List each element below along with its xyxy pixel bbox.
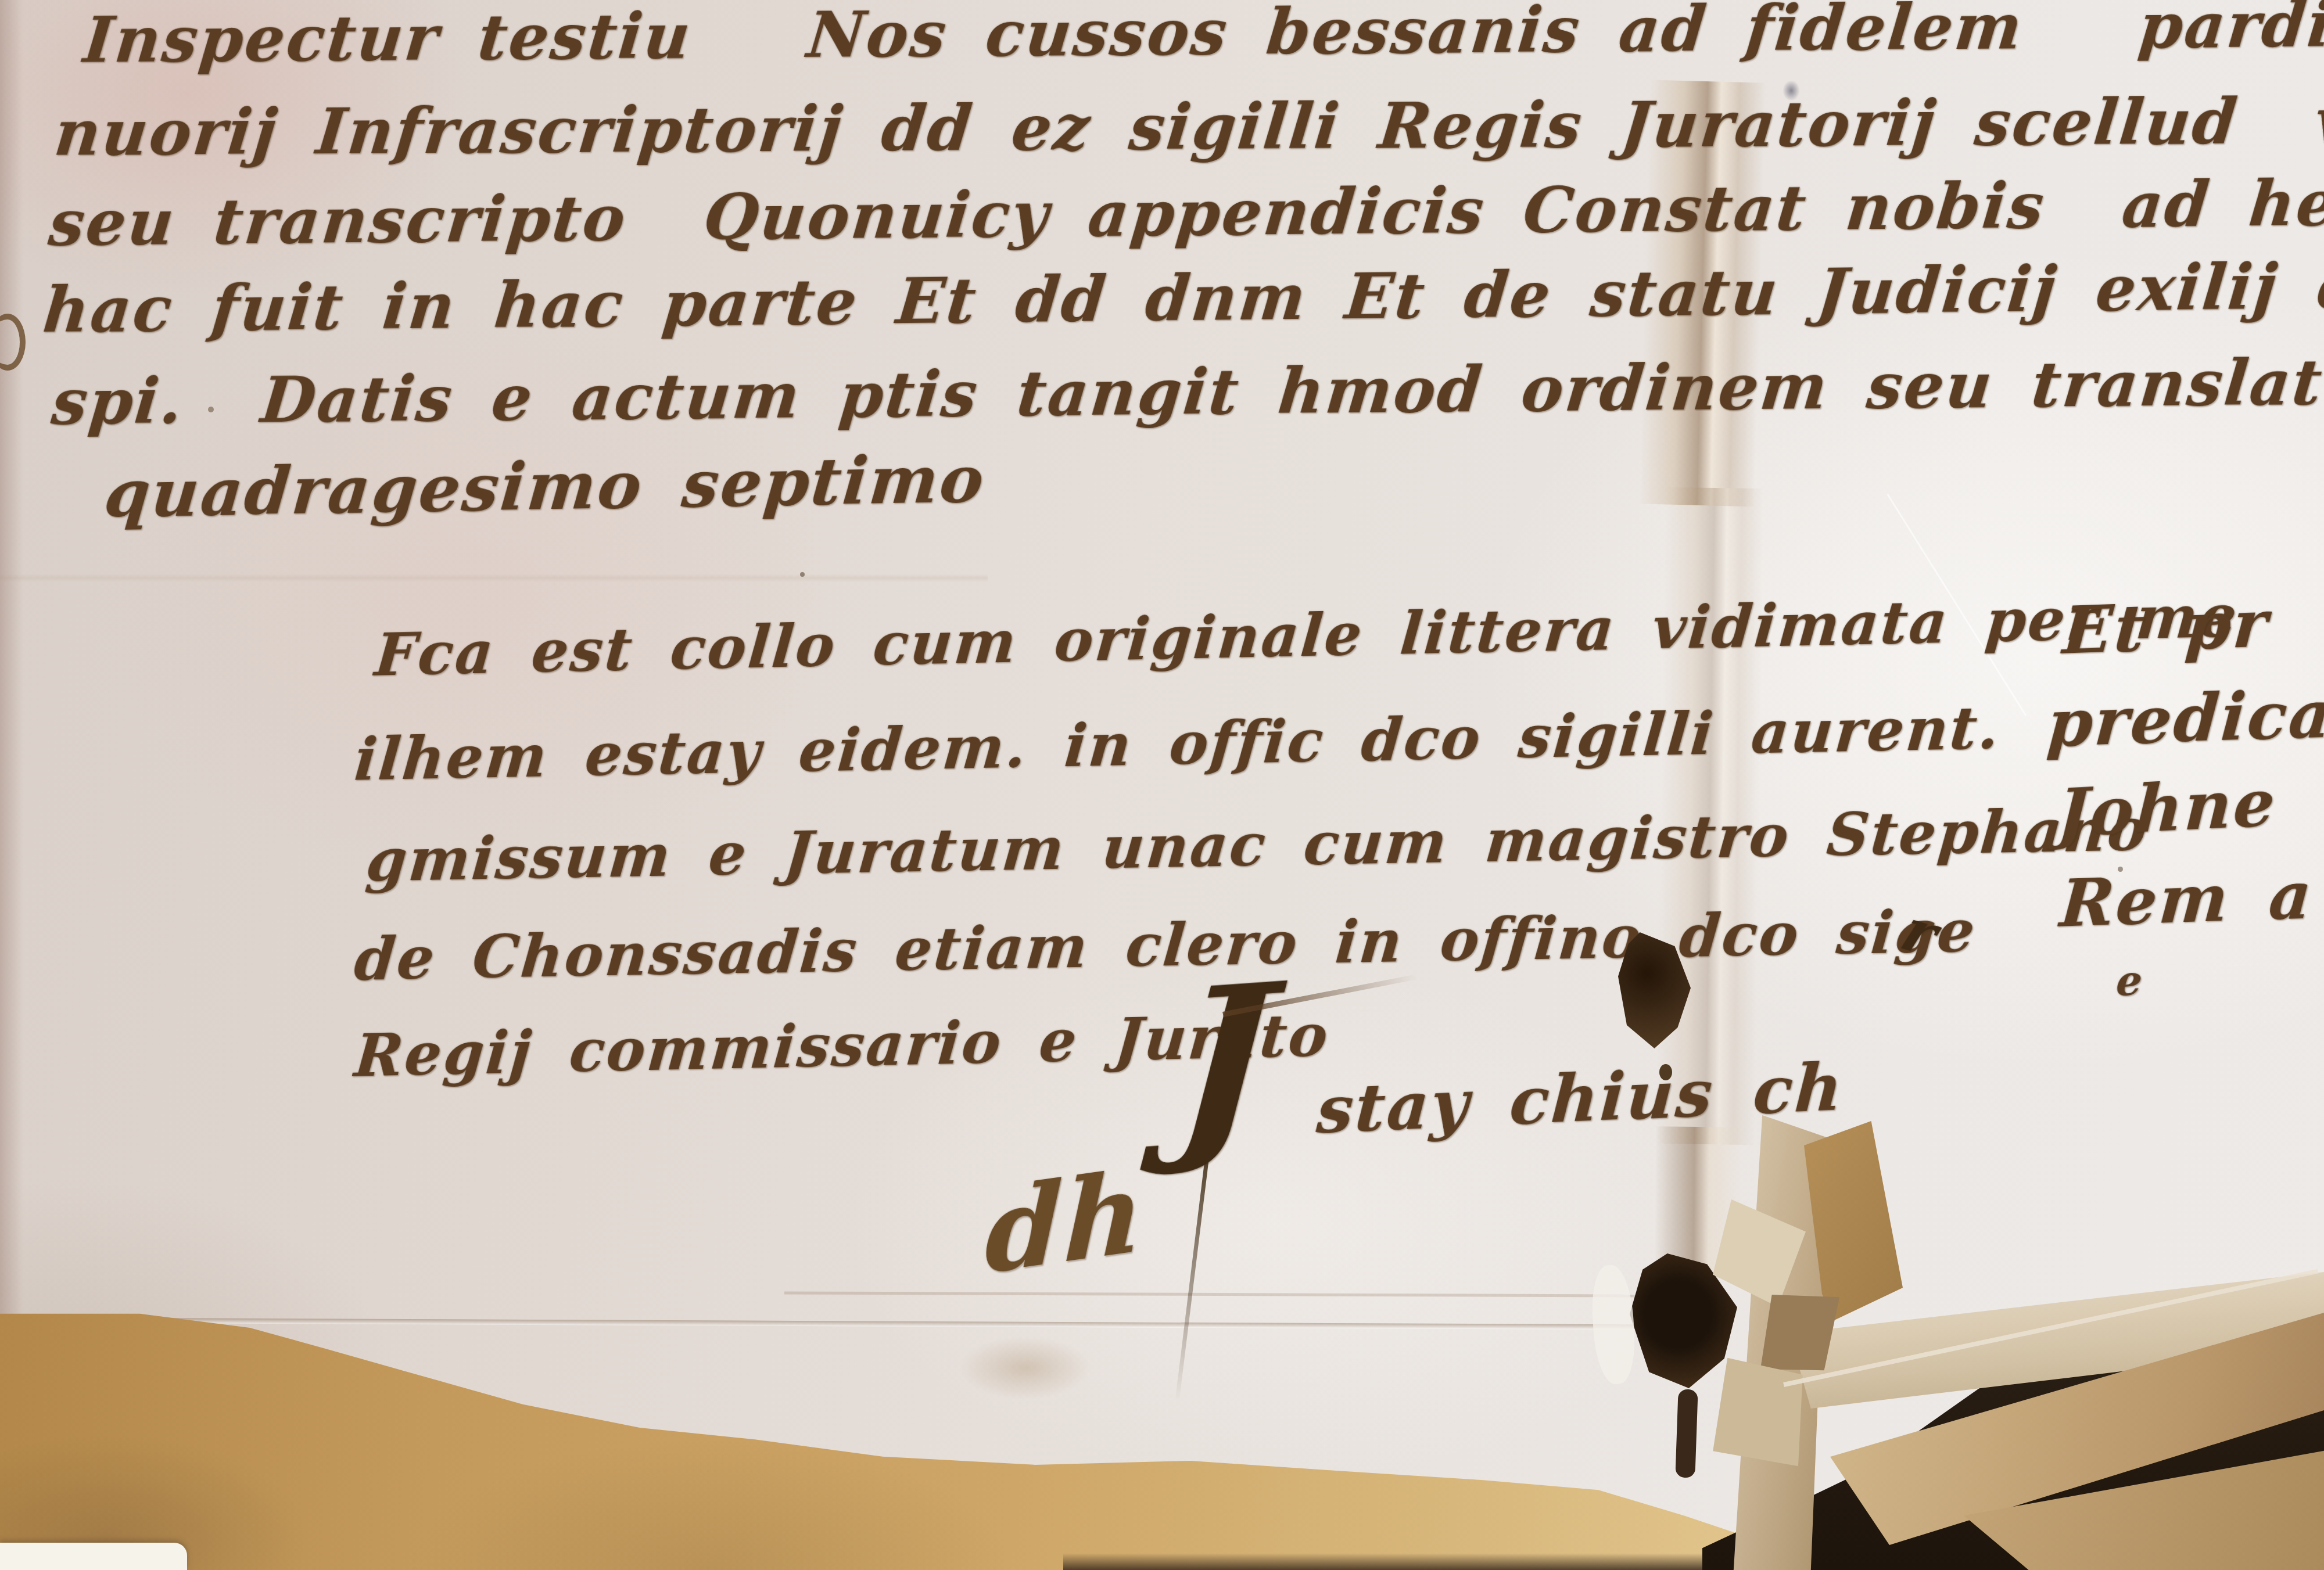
- signature-initial-descender: [1175, 1153, 1210, 1402]
- text-line-2: nuorij Infrascriptorij dd ez sigilli Reg…: [52, 87, 2324, 164]
- signature-paraph: dh: [984, 1155, 1147, 1289]
- table-sliver: [0, 1543, 187, 1570]
- backing-dark-bottom-strip: [1063, 1553, 1720, 1570]
- left-edge-shadow: [0, 0, 23, 1545]
- ink-speck-2: [800, 572, 805, 577]
- text-line-1: Inspectur testiu Nos cussos bessanis ad …: [81, 0, 2324, 71]
- attestation-line-1: Fca est collo cum originale littera vidi…: [373, 587, 2241, 684]
- text-line-4: hac fuit in hac parte Et dd dnm Et de st…: [41, 250, 2324, 342]
- tear-highlight-crumple: [1589, 1264, 1638, 1385]
- horizontal-crease-faint: [0, 574, 988, 582]
- right-column-line-1: Et pr: [2061, 591, 2271, 664]
- tan-smudge-stain: [959, 1336, 1092, 1400]
- tear-slit: [1675, 1389, 1698, 1478]
- plica-fold-line-upper: [784, 1291, 1644, 1297]
- ink-blot-drip: [1659, 1064, 1672, 1080]
- right-column-line-3: Johne: [2056, 770, 2278, 846]
- right-column-small-e: e: [2115, 960, 2145, 1002]
- right-column-line-4: Rem a: [2058, 863, 2315, 937]
- straps-area: [1702, 1133, 2324, 1570]
- signature-initial: J: [1171, 958, 1280, 1163]
- text-line-5: spi. Datis e actum ptis tangit hmod ordi…: [49, 346, 2324, 434]
- manuscript-photo: Inspectur testiu Nos cussos bessanis ad …: [0, 0, 2324, 1570]
- text-line-6: quadragesimo septimo: [102, 447, 988, 527]
- text-line-3: seu transcripto Quonuicy appendicis Cons…: [46, 165, 2324, 255]
- attestation-line-3: gmissum e Juratum unac cum magistro Step…: [364, 800, 2151, 890]
- right-column-line-2: predica: [2045, 681, 2324, 756]
